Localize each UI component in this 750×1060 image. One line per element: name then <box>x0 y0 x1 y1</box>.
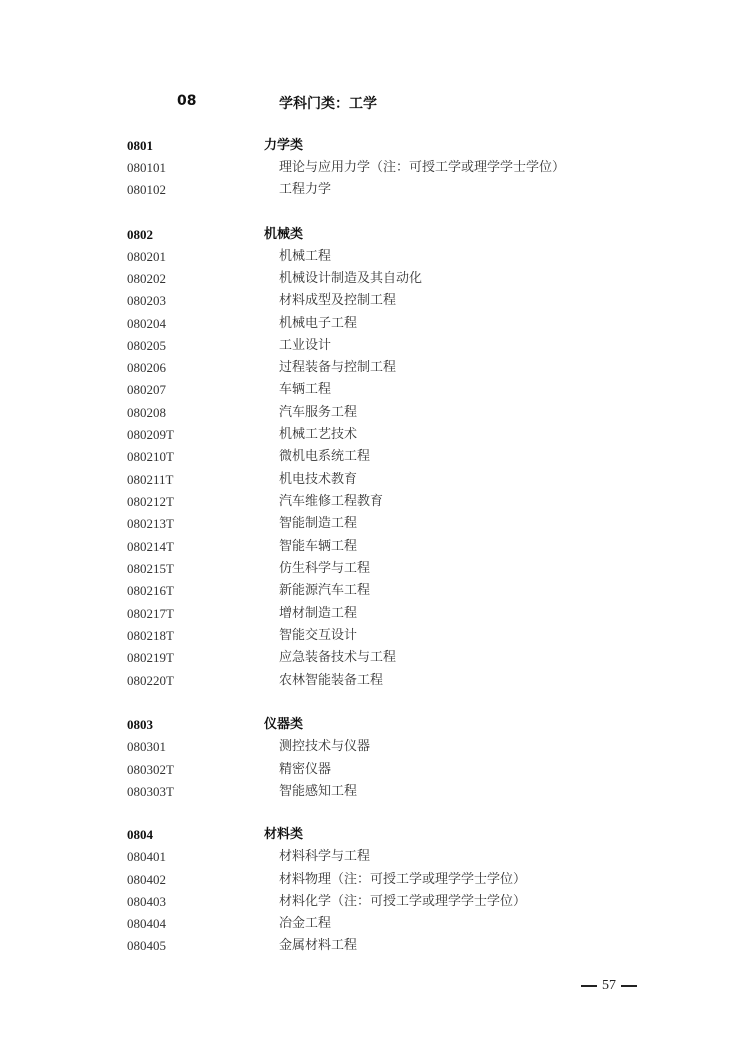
major-code: 080210T <box>127 447 174 467</box>
major-code: 080211T <box>127 470 173 490</box>
major-code: 080215T <box>127 559 174 579</box>
discipline-code: 08 <box>177 93 196 109</box>
major-row: 080202机械设计制造及其自动化 <box>0 269 750 289</box>
category-code: 0802 <box>127 225 153 245</box>
major-code: 080204 <box>127 314 166 334</box>
major-name: 智能交互设计 <box>279 626 357 646</box>
major-code: 080302T <box>127 760 174 780</box>
major-name: 智能感知工程 <box>279 782 357 802</box>
major-name: 理论与应用力学（注：可授工学或理学学士学位） <box>279 158 565 178</box>
major-row: 080201机械工程 <box>0 247 750 267</box>
major-name: 应急装备技术与工程 <box>279 648 396 668</box>
major-row: 080203材料成型及控制工程 <box>0 291 750 311</box>
major-code: 080202 <box>127 269 166 289</box>
major-code: 080301 <box>127 737 166 757</box>
major-row: 080401材料科学与工程 <box>0 847 750 867</box>
major-name: 微机电系统工程 <box>279 447 370 467</box>
category-code: 0801 <box>127 136 153 156</box>
major-name: 汽车维修工程教育 <box>279 492 383 512</box>
major-name: 智能车辆工程 <box>279 537 357 557</box>
major-row: 080402材料物理（注：可授工学或理学学士学位） <box>0 870 750 890</box>
major-code: 080206 <box>127 358 166 378</box>
major-row: 080101理论与应用力学（注：可授工学或理学学士学位） <box>0 158 750 178</box>
major-name: 材料化学（注：可授工学或理学学士学位） <box>279 892 526 912</box>
major-row: 080212T汽车维修工程教育 <box>0 492 750 512</box>
category-name: 材料类 <box>264 825 303 845</box>
major-code: 080405 <box>127 936 166 956</box>
major-row: 080206过程装备与控制工程 <box>0 358 750 378</box>
major-row: 080209T机械工艺技术 <box>0 425 750 445</box>
major-code: 080212T <box>127 492 174 512</box>
major-row: 080220T农林智能装备工程 <box>0 671 750 691</box>
major-name: 仿生科学与工程 <box>279 559 370 579</box>
major-row: 080214T智能车辆工程 <box>0 537 750 557</box>
major-row: 080219T应急装备技术与工程 <box>0 648 750 668</box>
major-name: 工程力学 <box>279 180 331 200</box>
major-code: 080404 <box>127 914 166 934</box>
document-page: 08 学科门类：工学 0801力学类080101理论与应用力学（注：可授工学或理… <box>0 0 750 1060</box>
major-name: 机电技术教育 <box>279 470 357 490</box>
major-name: 工业设计 <box>279 336 331 356</box>
major-code: 080214T <box>127 537 174 557</box>
major-row: 080303T智能感知工程 <box>0 782 750 802</box>
major-code: 080219T <box>127 648 174 668</box>
major-name: 智能制造工程 <box>279 514 357 534</box>
major-code: 080216T <box>127 581 174 601</box>
major-row: 080210T微机电系统工程 <box>0 447 750 467</box>
major-row: 080207车辆工程 <box>0 380 750 400</box>
category-code: 0804 <box>127 825 153 845</box>
major-name: 冶金工程 <box>279 914 331 934</box>
major-name: 汽车服务工程 <box>279 403 357 423</box>
major-code: 080207 <box>127 380 166 400</box>
dash-right <box>621 985 637 987</box>
major-name: 机械工艺技术 <box>279 425 357 445</box>
major-row: 080302T精密仪器 <box>0 760 750 780</box>
page-number: 57 <box>602 978 616 993</box>
major-row: 080404冶金工程 <box>0 914 750 934</box>
major-code: 080203 <box>127 291 166 311</box>
major-code: 080218T <box>127 626 174 646</box>
major-row: 080205工业设计 <box>0 336 750 356</box>
major-name: 过程装备与控制工程 <box>279 358 396 378</box>
major-code: 080303T <box>127 782 174 802</box>
major-row: 080218T智能交互设计 <box>0 626 750 646</box>
major-name: 材料科学与工程 <box>279 847 370 867</box>
major-row: 080403材料化学（注：可授工学或理学学士学位） <box>0 892 750 912</box>
major-code: 080208 <box>127 403 166 423</box>
major-code: 080101 <box>127 158 166 178</box>
major-row: 080208汽车服务工程 <box>0 403 750 423</box>
major-row: 080405金属材料工程 <box>0 936 750 956</box>
major-name: 机械工程 <box>279 247 331 267</box>
major-name: 材料物理（注：可授工学或理学学士学位） <box>279 870 526 890</box>
major-row: 080216T新能源汽车工程 <box>0 581 750 601</box>
major-code: 080402 <box>127 870 166 890</box>
major-row: 080102工程力学 <box>0 180 750 200</box>
major-name: 金属材料工程 <box>279 936 357 956</box>
major-name: 机械设计制造及其自动化 <box>279 269 422 289</box>
category-row: 0802机械类 <box>0 225 750 245</box>
category-row: 0804材料类 <box>0 825 750 845</box>
major-row: 080217T增材制造工程 <box>0 604 750 624</box>
major-name: 新能源汽车工程 <box>279 581 370 601</box>
major-name: 农林智能装备工程 <box>279 671 383 691</box>
discipline-title: 学科门类：工学 <box>279 93 377 113</box>
major-code: 080201 <box>127 247 166 267</box>
major-code: 080213T <box>127 514 174 534</box>
major-code: 080209T <box>127 425 174 445</box>
category-name: 机械类 <box>264 225 303 245</box>
category-code: 0803 <box>127 715 153 735</box>
discipline-header: 08 学科门类：工学 <box>0 93 750 115</box>
major-row: 080301测控技术与仪器 <box>0 737 750 757</box>
category-name: 力学类 <box>264 136 303 156</box>
major-code: 080217T <box>127 604 174 624</box>
major-code: 080220T <box>127 671 174 691</box>
major-name: 机械电子工程 <box>279 314 357 334</box>
major-row: 080204机械电子工程 <box>0 314 750 334</box>
major-name: 增材制造工程 <box>279 604 357 624</box>
dash-left <box>581 985 597 987</box>
major-name: 精密仪器 <box>279 760 331 780</box>
major-code: 080102 <box>127 180 166 200</box>
major-name: 车辆工程 <box>279 380 331 400</box>
major-code: 080205 <box>127 336 166 356</box>
major-code: 080403 <box>127 892 166 912</box>
major-name: 测控技术与仪器 <box>279 737 370 757</box>
major-code: 080401 <box>127 847 166 867</box>
page-number-footer: 57 <box>576 978 642 994</box>
category-row: 0801力学类 <box>0 136 750 156</box>
major-name: 材料成型及控制工程 <box>279 291 396 311</box>
category-row: 0803仪器类 <box>0 715 750 735</box>
category-name: 仪器类 <box>264 715 303 735</box>
major-row: 080213T智能制造工程 <box>0 514 750 534</box>
major-row: 080211T机电技术教育 <box>0 470 750 490</box>
major-row: 080215T仿生科学与工程 <box>0 559 750 579</box>
